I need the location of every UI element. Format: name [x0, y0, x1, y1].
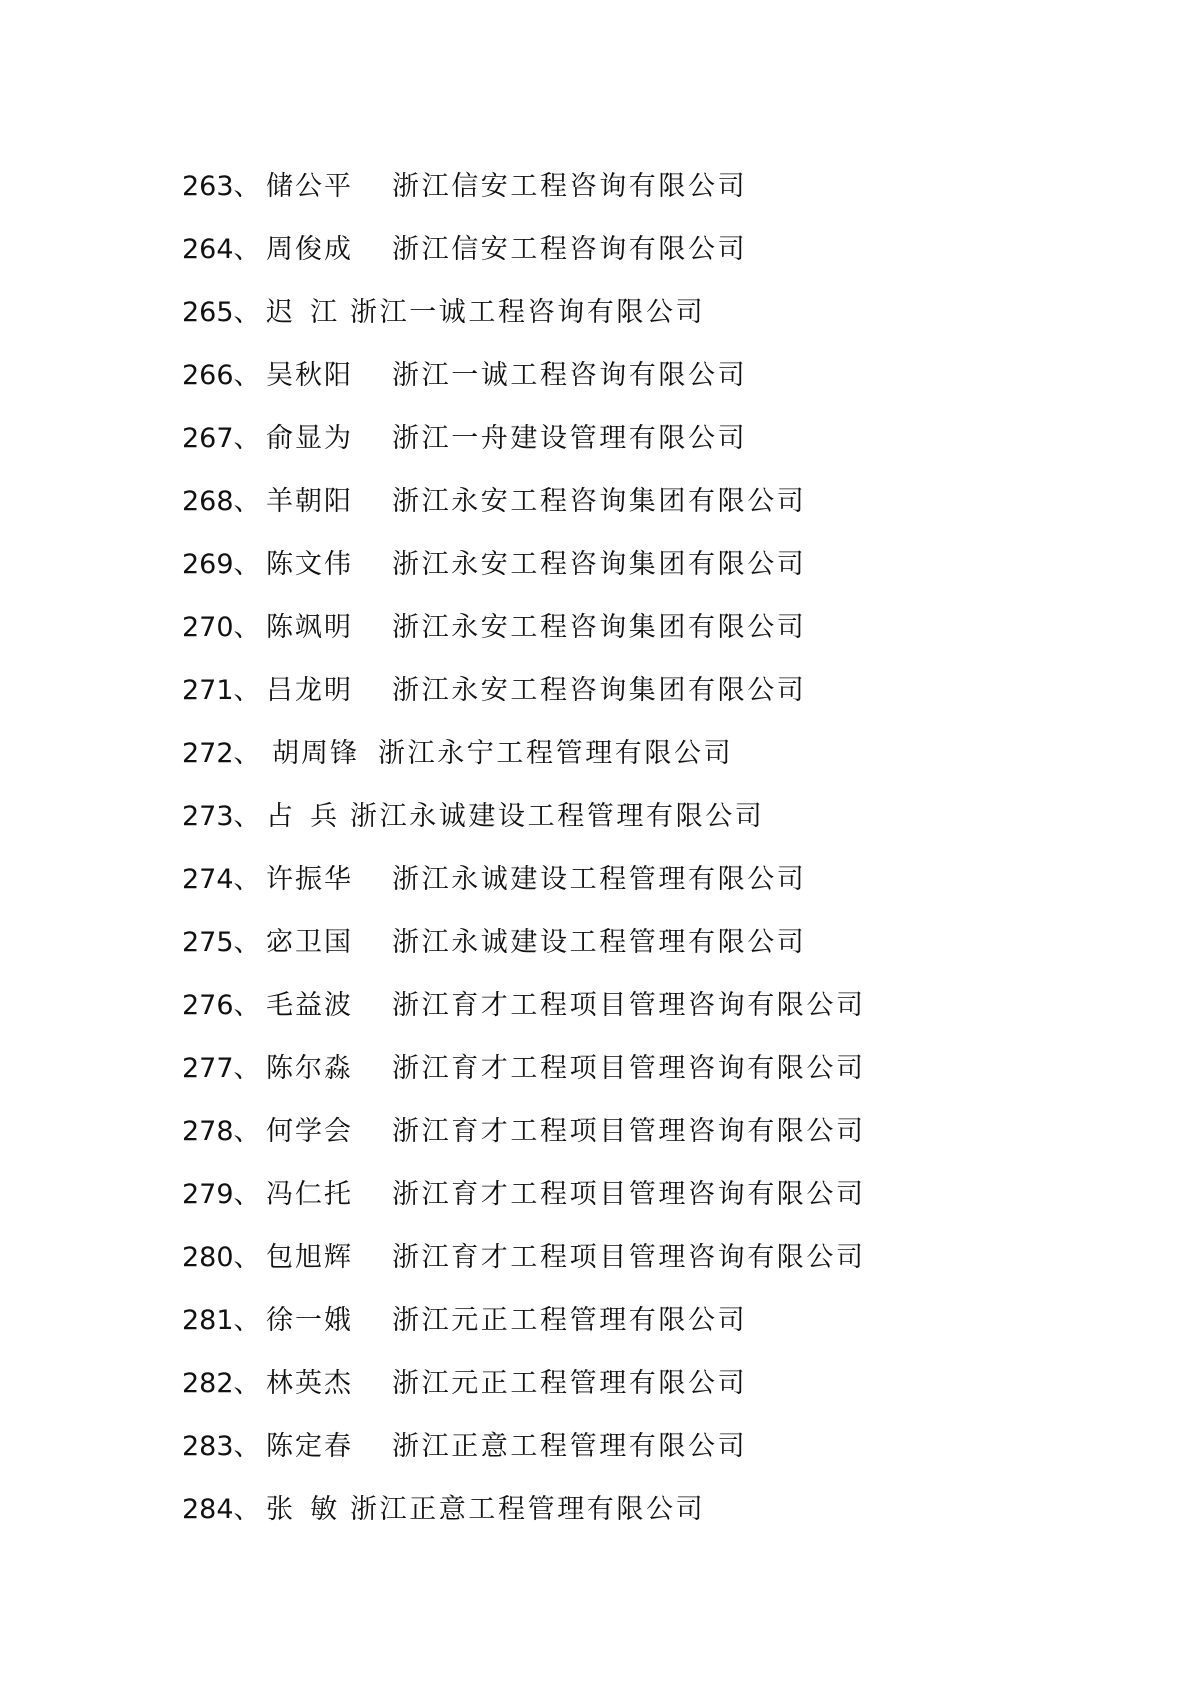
list-item: 282、 林英杰 浙江元正工程管理有限公司 — [0, 1364, 1190, 1404]
company-name: 浙江信安工程咨询有限公司 — [392, 230, 747, 270]
company-name: 浙江永诚建设工程管理有限公司 — [392, 923, 806, 963]
list-item: 263、 储公平 浙江信安工程咨询有限公司 — [0, 167, 1190, 207]
entry-number: 272、 — [182, 734, 261, 774]
document-page: 263、 储公平 浙江信安工程咨询有限公司 264、 周俊成 浙江信安工程咨询有… — [0, 0, 1190, 1683]
entry-number: 280、 — [182, 1238, 261, 1278]
person-name: 周俊成 — [266, 230, 353, 270]
entry-number: 267、 — [182, 419, 261, 459]
entry-number: 266、 — [182, 356, 261, 396]
entry-number: 268、 — [182, 482, 261, 522]
person-name: 陈文伟 — [266, 545, 353, 585]
company-name: 浙江一舟建设管理有限公司 — [392, 419, 747, 459]
person-name: 占 兵 — [266, 797, 337, 837]
person-name: 许振华 — [266, 860, 353, 900]
company-name: 浙江育才工程项目管理咨询有限公司 — [392, 1175, 866, 1215]
list-item: 270、 陈飒明 浙江永安工程咨询集团有限公司 — [0, 608, 1190, 648]
company-name: 浙江一诚工程咨询有限公司 — [392, 356, 747, 396]
company-name: 浙江永宁工程管理有限公司 — [378, 734, 733, 774]
list-item: 272、 胡周锋 浙江永宁工程管理有限公司 — [0, 734, 1190, 774]
entry-number: 278、 — [182, 1112, 261, 1152]
person-name: 吴秋阳 — [266, 356, 353, 396]
person-name: 张 敏 — [266, 1490, 337, 1530]
company-name: 浙江育才工程项目管理咨询有限公司 — [392, 1049, 866, 1089]
company-name: 浙江信安工程咨询有限公司 — [392, 167, 747, 207]
entry-number: 282、 — [182, 1364, 261, 1404]
person-name: 陈飒明 — [266, 608, 353, 648]
list-item: 273、 占 兵 浙江永诚建设工程管理有限公司 — [0, 797, 1190, 837]
list-item: 279、 冯仁托 浙江育才工程项目管理咨询有限公司 — [0, 1175, 1190, 1215]
list-item: 264、 周俊成 浙江信安工程咨询有限公司 — [0, 230, 1190, 270]
company-name: 浙江正意工程管理有限公司 — [350, 1490, 705, 1530]
entry-number: 277、 — [182, 1049, 261, 1089]
company-name: 浙江永安工程咨询集团有限公司 — [392, 482, 806, 522]
person-name: 吕龙明 — [266, 671, 353, 711]
list-item: 266、 吴秋阳 浙江一诚工程咨询有限公司 — [0, 356, 1190, 396]
list-item: 277、 陈尔淼 浙江育才工程项目管理咨询有限公司 — [0, 1049, 1190, 1089]
company-name: 浙江育才工程项目管理咨询有限公司 — [392, 1112, 866, 1152]
list-item: 280、 包旭辉 浙江育才工程项目管理咨询有限公司 — [0, 1238, 1190, 1278]
entry-number: 263、 — [182, 167, 261, 207]
person-name: 羊朝阳 — [266, 482, 353, 522]
person-name: 林英杰 — [266, 1364, 353, 1404]
person-name: 冯仁托 — [266, 1175, 353, 1215]
entry-number: 275、 — [182, 923, 261, 963]
company-name: 浙江育才工程项目管理咨询有限公司 — [392, 1238, 866, 1278]
list-item: 271、 吕龙明 浙江永安工程咨询集团有限公司 — [0, 671, 1190, 711]
person-name: 徐一娥 — [266, 1301, 353, 1341]
list-item: 278、 何学会 浙江育才工程项目管理咨询有限公司 — [0, 1112, 1190, 1152]
entry-number: 279、 — [182, 1175, 261, 1215]
list-item: 284、 张 敏 浙江正意工程管理有限公司 — [0, 1490, 1190, 1530]
list-item: 265、 迟 江 浙江一诚工程咨询有限公司 — [0, 293, 1190, 333]
entry-number: 283、 — [182, 1427, 261, 1467]
person-name: 胡周锋 — [272, 734, 359, 774]
person-name: 储公平 — [266, 167, 353, 207]
person-name: 俞显为 — [266, 419, 353, 459]
entry-number: 264、 — [182, 230, 261, 270]
entry-number: 274、 — [182, 860, 261, 900]
entry-number: 271、 — [182, 671, 261, 711]
entry-number: 273、 — [182, 797, 261, 837]
list-item: 274、 许振华 浙江永诚建设工程管理有限公司 — [0, 860, 1190, 900]
entry-number: 281、 — [182, 1301, 261, 1341]
list-item: 275、 宓卫国 浙江永诚建设工程管理有限公司 — [0, 923, 1190, 963]
person-name: 毛益波 — [266, 986, 353, 1026]
company-name: 浙江育才工程项目管理咨询有限公司 — [392, 986, 866, 1026]
company-name: 浙江永安工程咨询集团有限公司 — [392, 608, 806, 648]
list-item: 267、 俞显为 浙江一舟建设管理有限公司 — [0, 419, 1190, 459]
company-name: 浙江永诚建设工程管理有限公司 — [350, 797, 764, 837]
company-name: 浙江正意工程管理有限公司 — [392, 1427, 747, 1467]
company-name: 浙江元正工程管理有限公司 — [392, 1364, 747, 1404]
company-name: 浙江一诚工程咨询有限公司 — [350, 293, 705, 333]
company-name: 浙江元正工程管理有限公司 — [392, 1301, 747, 1341]
person-name: 陈尔淼 — [266, 1049, 353, 1089]
company-name: 浙江永诚建设工程管理有限公司 — [392, 860, 806, 900]
entry-number: 265、 — [182, 293, 261, 333]
entry-number: 284、 — [182, 1490, 261, 1530]
list-item: 281、 徐一娥 浙江元正工程管理有限公司 — [0, 1301, 1190, 1341]
person-name: 迟 江 — [266, 293, 337, 333]
person-name: 包旭辉 — [266, 1238, 353, 1278]
list-item: 283、 陈定春 浙江正意工程管理有限公司 — [0, 1427, 1190, 1467]
person-name: 陈定春 — [266, 1427, 353, 1467]
company-name: 浙江永安工程咨询集团有限公司 — [392, 545, 806, 585]
person-name: 宓卫国 — [266, 923, 353, 963]
person-name: 何学会 — [266, 1112, 353, 1152]
company-name: 浙江永安工程咨询集团有限公司 — [392, 671, 806, 711]
list-item: 269、 陈文伟 浙江永安工程咨询集团有限公司 — [0, 545, 1190, 585]
entry-number: 270、 — [182, 608, 261, 648]
entry-number: 269、 — [182, 545, 261, 585]
entry-number: 276、 — [182, 986, 261, 1026]
list-item: 276、 毛益波 浙江育才工程项目管理咨询有限公司 — [0, 986, 1190, 1026]
list-item: 268、 羊朝阳 浙江永安工程咨询集团有限公司 — [0, 482, 1190, 522]
